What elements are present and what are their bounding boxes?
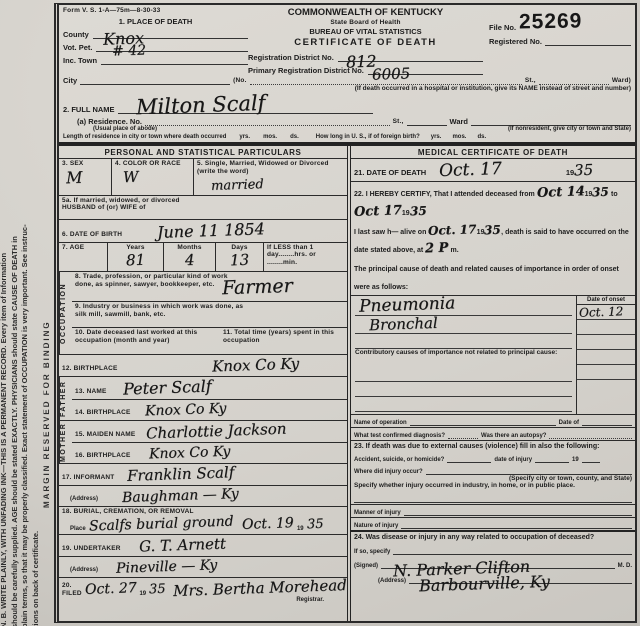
registration-district-label: Registration District No.: [248, 53, 334, 62]
sex-label: 3. SEX: [62, 160, 108, 168]
cause-line-3: [355, 334, 572, 349]
age-field: 7. AGE: [59, 243, 107, 272]
length-of-residence-row: Length of residence in city or town wher…: [59, 132, 635, 144]
header-titles: COMMONWEALTH OF KENTUCKY State Board of …: [248, 7, 483, 75]
residence-label: (a) Residence. No.: [77, 117, 142, 126]
certify-number: 22.: [354, 191, 364, 198]
burial-date-value: Oct. 19: [242, 515, 294, 533]
contributory-label: Contributory causes of importance not re…: [355, 349, 557, 357]
filed-label: 20. FILED: [62, 582, 82, 598]
onset-date-value: Oct. 12: [579, 304, 624, 320]
place-of-death-heading: 1. PLACE OF DEATH: [63, 17, 248, 26]
onset-line-1: Oct. 12: [577, 305, 635, 320]
attended-to-year: 35: [409, 204, 426, 220]
nature-label: Nature of injury: [354, 523, 398, 529]
age-row: 7. AGE Years 81 Months 4 Days 13: [59, 243, 347, 273]
autopsy-label: Was there an autopsy?: [481, 433, 546, 439]
mother-name-value: Charlottie Jackson: [146, 420, 287, 443]
columns-container: PERSONAL AND STATISTICAL PARTICULARS 3. …: [59, 144, 635, 621]
undertaker-field: 19. UNDERTAKER G. T. Arnett: [59, 535, 347, 557]
external-causes-block: 23. If death was due to external causes …: [351, 441, 635, 506]
nature-of-injury-field: Nature of injury: [351, 518, 635, 532]
full-name-row: 2. FULL NAME Milton Scalf: [59, 92, 635, 114]
city-no-label: (No.: [233, 77, 246, 85]
public-place-line: [354, 493, 632, 503]
attended-from-year: 35: [592, 185, 609, 201]
mother-name-field: 15. MAIDEN NAME Charlottie Jackson: [72, 421, 347, 443]
race-field: 4. COLOR OR RACE W: [111, 159, 193, 195]
trade-field: 8. Trade, profession, or particular kind…: [72, 272, 347, 302]
age-days-value: 13: [230, 251, 250, 270]
undertaker-address-label: (Address): [70, 567, 98, 573]
age-less-label: If LESS than 1 day........hrs. or ......…: [267, 244, 344, 267]
age-months-value: 4: [184, 251, 194, 269]
occupation-block: OCCUPATION 8. Trade, profession, or part…: [59, 272, 347, 355]
mother-side-label: MOTHER: [59, 421, 72, 463]
injury-date-line: [535, 453, 569, 463]
primary-registration-value: 6005: [372, 64, 411, 83]
sex-value: M: [66, 167, 83, 187]
medical-title: MEDICAL CERTIFICATE OF DEATH: [351, 146, 635, 159]
onset-line-3: [577, 335, 635, 350]
marital-field: 5. Single, Married, Widowed or Divorced …: [193, 159, 347, 195]
certificate-form: Form V. S. 1-A—75m—8-30-33 1. PLACE OF D…: [54, 3, 637, 623]
registered-no-label: Registered No.: [489, 37, 542, 46]
dod-year-value: 35: [574, 161, 594, 180]
margin-note-line3: plain terms, so that it may be properly …: [21, 2, 32, 626]
certificate-title: CERTIFICATE OF DEATH: [248, 37, 483, 49]
howlong-mos-label: mos.: [452, 134, 466, 140]
full-name-value: Milton Scalf: [135, 91, 265, 120]
certify-text: I HEREBY CERTIFY, That I attended deceas…: [366, 191, 535, 198]
informant-label: 17. INFORMANT: [62, 474, 114, 481]
trade-value: Farmer: [222, 275, 293, 299]
last-worked-field: 10. Date deceased last worked at this oc…: [72, 328, 347, 354]
place-of-death-block: Form V. S. 1-A—75m—8-30-33 1. PLACE OF D…: [63, 7, 248, 75]
physician-address-line: Barbourville, Ky: [409, 574, 632, 584]
contributory-line-1: [355, 367, 572, 382]
date-of-death-field: 21. DATE OF DEATH Oct. 17 1935: [351, 159, 635, 182]
if-so-line: [393, 545, 632, 555]
sex-race-marital-row: 3. SEX M 4. COLOR OR RACE W 5. Single, M…: [59, 159, 347, 196]
filed-year-value: 35: [149, 582, 166, 598]
autopsy-line: [549, 429, 632, 439]
nature-line: [401, 519, 632, 529]
age-months-field: Months 4: [163, 243, 215, 272]
operation-label: Name of operation: [354, 420, 407, 426]
howlong-label: How long in U. S., if of foreign birth?: [316, 134, 420, 140]
marital-value: married: [211, 177, 264, 194]
marital-label: 5. Single, Married, Widowed or Divorced …: [197, 160, 344, 176]
primary-registration-line: 6005: [368, 65, 483, 75]
inc-town-label: Inc. Town: [63, 56, 97, 65]
father-name-field: 13. NAME Peter Scalf: [72, 377, 347, 400]
contributory-line-3: [355, 397, 572, 412]
undertaker-address-field: (Address) Pineville — Ky: [59, 557, 347, 578]
injury-year-printed: 19: [572, 457, 579, 463]
test-autopsy-field: What test confirmed diagnosis? Was there…: [351, 428, 635, 441]
father-side-label: FATHER: [59, 377, 72, 420]
voting-precinct-line: # 42: [96, 42, 248, 52]
specify-city-note: (Specify city or town, county, and State…: [354, 475, 632, 482]
burial-year-value: 35: [306, 517, 323, 533]
residence-extra-line: [471, 116, 631, 126]
dob-label: 6. DATE OF BIRTH: [62, 231, 122, 238]
public-place-label: Specify whether injury occurred in indus…: [354, 482, 632, 490]
form-header: Form V. S. 1-A—75m—8-30-33 1. PLACE OF D…: [59, 5, 635, 75]
undertaker-label: 19. UNDERTAKER: [62, 545, 121, 552]
death-certificate-scan: N. B. WRITE PLAINLY, WITH UNFADING INK—T…: [0, 0, 640, 626]
external-label: 23. If death was due to external causes …: [354, 442, 632, 451]
accident-label: Accident, suicide, or homicide?: [354, 457, 444, 463]
county-line: Knox: [93, 29, 248, 39]
to-year-printed: 19: [402, 210, 410, 217]
city-label: City: [63, 76, 77, 85]
cause-line-2: Bronchal: [355, 316, 572, 333]
undertaker-address-value: Pineville — Ky: [116, 558, 218, 578]
age-less-field: If LESS than 1 day........hrs. or ......…: [263, 243, 347, 272]
injury-year-line: [582, 453, 600, 463]
father-block: FATHER 13. NAME Peter Scalf 14. BIRTHPLA…: [59, 377, 347, 421]
last-saw-date: Oct. 17: [428, 222, 477, 239]
county-label: County: [63, 30, 89, 39]
injury-date-label: date of injury: [494, 457, 532, 463]
state-board-subtitle: State Board of Health: [248, 19, 483, 27]
race-label: 4. COLOR OR RACE: [115, 160, 190, 168]
city-line: [80, 75, 230, 85]
onset-line-5: [577, 365, 635, 380]
length-ds-label: ds.: [290, 134, 299, 140]
bureau-subtitle: BUREAU OF VITAL STATISTICS: [248, 27, 483, 36]
residence-st-label: St.,: [393, 118, 404, 126]
last-worked-label: 10. Date deceased last worked at this oc…: [75, 329, 215, 353]
undertaker-value: G. T. Arnett: [139, 535, 226, 556]
mother-name-label: 15. MAIDEN NAME: [75, 431, 135, 438]
informant-value: Franklin Scalf: [127, 463, 235, 485]
registered-no-line: [545, 36, 631, 46]
certify-block: 22. I HEREBY CERTIFY, That I attended de…: [351, 182, 635, 296]
last-saw-text: I last saw h— alive on: [354, 229, 426, 236]
city-ward-label: Ward): [612, 77, 631, 85]
occupation-side-label: OCCUPATION: [59, 272, 72, 354]
cause-of-death-block: Pneumonia Bronchal Contributory causes o…: [351, 296, 635, 415]
attended-from-date: Oct 14: [536, 184, 584, 203]
last-saw-year: 35: [484, 222, 501, 238]
attended-to-date: Oct 17: [354, 203, 402, 222]
margin-binding-label: MARGIN RESERVED FOR BINDING: [43, 2, 54, 626]
spouse-label: 5a. If married, widowed, or divorced HUS…: [62, 197, 212, 213]
medical-certificate-column: MEDICAL CERTIFICATE OF DEATH 21. DATE OF…: [351, 146, 635, 621]
dob-field: 6. DATE OF BIRTH June 11 1854: [59, 220, 347, 243]
spouse-field: 5a. If married, widowed, or divorced HUS…: [59, 196, 347, 220]
birthplace-label: 12. BIRTHPLACE: [62, 365, 118, 372]
residence-ward-label: Ward: [450, 117, 468, 126]
city-st-label: St.,: [525, 77, 536, 85]
m-label: m.: [451, 247, 459, 254]
father-name-value: Peter Scalf: [123, 377, 212, 399]
margin-note-line2: should be carefully supplied. AGE should…: [11, 2, 22, 626]
mother-birthplace-value: Knox Co Ky: [149, 444, 231, 463]
race-value: W: [123, 167, 139, 186]
full-name-label: 2. FULL NAME: [63, 105, 115, 114]
filed-date-value: Oct. 27: [85, 580, 137, 598]
death-time-value: 2 P: [425, 240, 449, 258]
mother-birthplace-field: 16. BIRTHPLACE Knox Co Ky: [72, 443, 347, 463]
cause-value-1: Pneumonia: [359, 294, 456, 317]
father-birthplace-value: Knox Co Ky: [145, 401, 227, 420]
operation-field: Name of operation Date of: [351, 415, 635, 428]
age-label: 7. AGE: [62, 244, 104, 252]
length-label: Length of residence in city or town wher…: [63, 134, 226, 140]
howlong-yrs-label: yrs.: [431, 134, 442, 140]
onset-line-2: [577, 320, 635, 335]
principal-cause-text: The principal cause of death and related…: [354, 266, 619, 291]
voting-precinct-value: # 42: [112, 43, 147, 60]
signed-label: (Signed): [354, 563, 378, 569]
birthplace-field: 12. BIRTHPLACE Knox Co Ky: [59, 355, 347, 377]
date-of-onset-column: Date of onset Oct. 12: [576, 296, 635, 414]
father-birthplace-field: 14. BIRTHPLACE Knox Co Ky: [72, 400, 347, 420]
personal-particulars-column: PERSONAL AND STATISTICAL PARTICULARS 3. …: [59, 146, 351, 621]
city-ward-line: [539, 75, 609, 85]
age-days-field: Days 13: [215, 243, 263, 272]
related-label: 24. Was disease or injury in any way rel…: [354, 533, 632, 542]
operation-line: [410, 416, 556, 426]
signed-line: N. Parker Clifton: [381, 559, 615, 569]
manner-of-injury-field: Manner of injury: [351, 505, 635, 518]
left-binding-margin: N. B. WRITE PLAINLY, WITH UNFADING INK—T…: [0, 0, 54, 626]
burial-year-printed: 19: [297, 526, 304, 532]
md-label: M. D.: [618, 563, 632, 569]
margin-note-line4: tions on back of certificate.: [32, 2, 43, 626]
cause-lines: Pneumonia Bronchal Contributory causes o…: [351, 296, 576, 414]
total-time-label: 11. Total time (years) spent in this occ…: [223, 329, 344, 353]
onset-line-4: [577, 350, 635, 365]
file-no-label: File No.: [489, 23, 516, 32]
operation-date-line: [582, 416, 632, 426]
filed-year-printed: 19: [139, 591, 146, 597]
sex-field: 3. SEX M: [59, 159, 111, 195]
contributory-field: Contributory causes of importance not re…: [355, 349, 572, 367]
physician-address-value: Barbourville, Ky: [419, 572, 550, 596]
date-of-death-value: Oct. 17: [438, 159, 501, 181]
burial-field: 18. BURIAL, CREMATION, OR REMOVAL Place …: [59, 507, 347, 535]
manner-line: [404, 506, 632, 516]
dod-year-printed: 19: [566, 168, 574, 177]
margin-note-line1: N. B. WRITE PLAINLY, WITH UNFADING INK—T…: [0, 2, 11, 626]
test-label: What test confirmed diagnosis?: [354, 433, 445, 439]
father-name-label: 13. NAME: [75, 388, 107, 395]
dob-value: June 11 1854: [156, 219, 264, 242]
cause-value-2: Bronchal: [369, 313, 438, 333]
file-no-stamp: 25269: [519, 12, 583, 32]
burial-place-label: Place: [70, 526, 86, 532]
length-yrs-label: yrs.: [239, 134, 250, 140]
file-number-block: File No. 25269 Registered No.: [483, 7, 631, 75]
occupation-related-block: 24. Was disease or injury in any way rel…: [351, 532, 635, 621]
length-mos-label: mos.: [263, 134, 277, 140]
informant-field: 17. INFORMANT Franklin Scalf: [59, 464, 347, 486]
informant-address-label: (Address): [70, 496, 98, 502]
onset-line-6: [577, 380, 635, 414]
voting-precinct-label: Vot. Pet.: [63, 43, 92, 52]
father-birthplace-label: 14. BIRTHPLACE: [75, 409, 131, 416]
if-so-label: If so, specify: [354, 549, 390, 555]
mother-block: MOTHER 15. MAIDEN NAME Charlottie Jackso…: [59, 421, 347, 464]
accident-line: [447, 453, 491, 463]
hospital-note: (If death occurred in a hospital or inst…: [63, 85, 631, 92]
form-number: Form V. S. 1-A—75m—8-30-33: [63, 7, 248, 15]
registration-district-line: 812: [338, 52, 483, 62]
where-injury-label: Where did injury occur?: [354, 469, 423, 475]
personal-title: PERSONAL AND STATISTICAL PARTICULARS: [59, 146, 347, 159]
age-years-field: Years 81: [107, 243, 163, 272]
age-years-value: 81: [126, 251, 146, 270]
residence-ward-line: [407, 116, 447, 126]
onset-label: Date of onset: [577, 296, 635, 305]
industry-field: 9. Industry or business in which work wa…: [72, 302, 347, 328]
where-injury-line: [426, 465, 632, 475]
burial-place-value: Scalfs burial ground: [88, 514, 233, 535]
commonwealth-title: COMMONWEALTH OF KENTUCKY: [248, 7, 483, 19]
howlong-ds-label: ds.: [477, 134, 486, 140]
date-of-label: Date of: [559, 420, 579, 426]
contributory-line-2: [355, 382, 572, 397]
mother-birthplace-label: 16. BIRTHPLACE: [75, 452, 131, 459]
filed-field: 20. FILED Oct. 27 1935 Mrs. Bertha Moreh…: [59, 578, 347, 621]
industry-label: 9. Industry or business in which work wa…: [75, 303, 245, 319]
informant-address-field: (Address) Baughman — Ky: [59, 486, 347, 507]
full-name-line: Milton Scalf: [118, 93, 373, 114]
to-label: to: [611, 191, 618, 198]
test-line: [448, 429, 478, 439]
cause-line-1: Pneumonia: [355, 298, 572, 317]
trade-label: 8. Trade, profession, or particular kind…: [75, 273, 245, 289]
city-row: City (No. St., Ward) (If death occurred …: [59, 75, 635, 92]
manner-label: Manner of injury: [354, 510, 401, 516]
date-of-death-label: 21. DATE OF DEATH: [354, 168, 426, 177]
informant-address-value: Baughman — Ky: [122, 486, 239, 506]
birthplace-value: Knox Co Ky: [212, 355, 300, 376]
